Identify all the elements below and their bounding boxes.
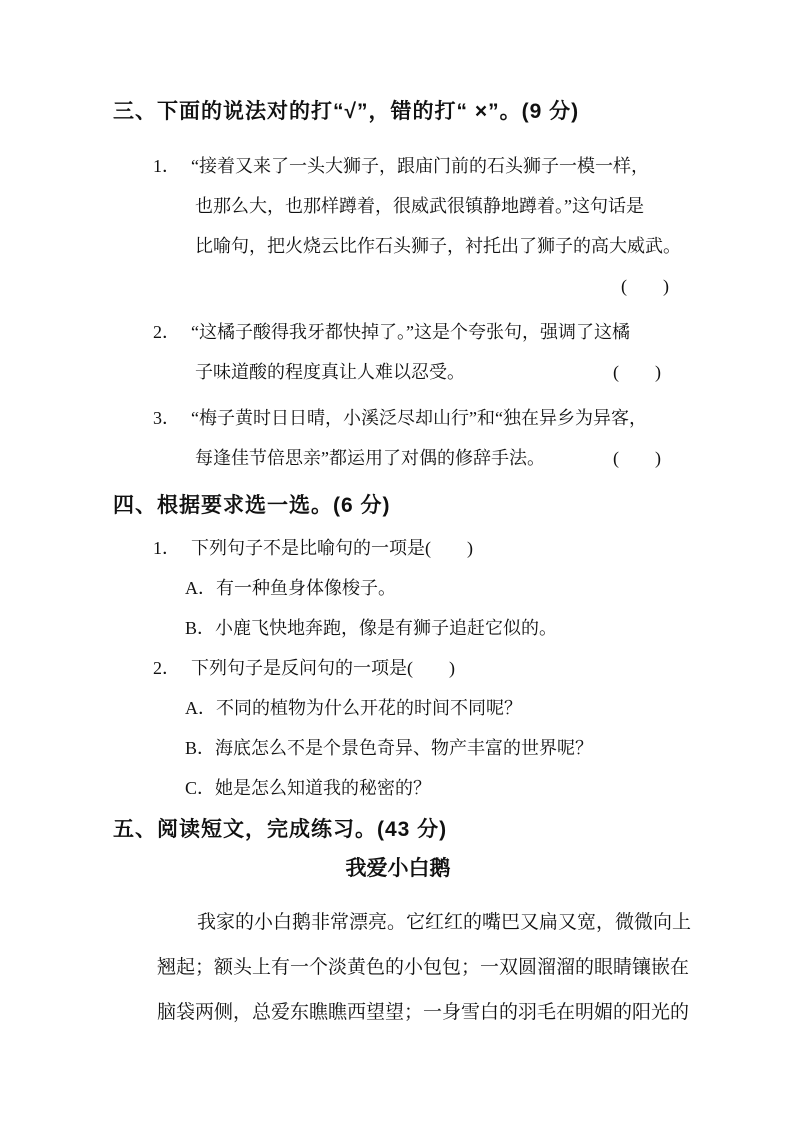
choice-question-2-stem-text: 下列句子是反问句的一项是( ): [191, 658, 455, 678]
judge-item-3-line-1: 3．“梅子黄时日日晴，小溪泛尽却山行”和“独在异乡为异客，: [153, 398, 683, 438]
judge-item-3-number: 3．: [153, 398, 191, 438]
choice-question-1-option-a: A．有一种鱼身体像梭子。: [185, 568, 683, 608]
passage-line-3: 脑袋两侧，总爱东瞧瞧西望望；一身雪白的羽毛在明媚的阳光的: [157, 990, 683, 1035]
judge-item-1-answer-blank: ( ): [113, 266, 683, 306]
judge-item-3-text-2: 每逢佳节倍思亲”都运用了对偶的修辞手法。: [195, 438, 545, 478]
option-b-text: 海底怎么不是个景色奇异、物产丰富的世界呢？: [215, 738, 593, 758]
option-a-text: 不同的植物为什么开花的时间不同呢？: [216, 698, 522, 718]
judge-item-3-answer-blank: ( ): [613, 438, 661, 478]
passage-line-2: 翘起；额头上有一个淡黄色的小包包；一双圆溜溜的眼睛镶嵌在: [157, 945, 683, 990]
option-a-text: 有一种鱼身体像梭子。: [216, 578, 396, 598]
choice-question-2-option-c: C．她是怎么知道我的秘密的？: [185, 768, 683, 808]
option-c-text: 她是怎么知道我的秘密的？: [215, 778, 431, 798]
judge-item-1-number: 1．: [153, 146, 191, 186]
option-c-label: C．: [185, 768, 215, 808]
judge-item-2-text-1: “这橘子酸得我牙都快掉了。”这是个夸张句，强调了这橘: [191, 322, 630, 342]
judge-item-2-text-2: 子味道酸的程度真让人难以忍受。: [195, 352, 465, 392]
choice-question-2-option-a: A．不同的植物为什么开花的时间不同呢？: [185, 688, 683, 728]
judge-item-2-line-1: 2．“这橘子酸得我牙都快掉了。”这是个夸张句，强调了这橘: [153, 312, 683, 352]
choice-question-1-stem: 1．下列句子不是比喻句的一项是( ): [153, 528, 683, 568]
choice-question-2-stem: 2．下列句子是反问句的一项是( ): [153, 648, 683, 688]
judge-item-3-text-1: “梅子黄时日日晴，小溪泛尽却山行”和“独在异乡为异客，: [191, 408, 647, 428]
option-a-label: A．: [185, 688, 216, 728]
judge-item-2-line-2: 子味道酸的程度真让人难以忍受。 ( ): [195, 352, 683, 392]
judge-item-1-line-1: 1．“接着又来了一头大狮子，跟庙门前的石头狮子一模一样，: [153, 146, 683, 186]
judge-item-2-answer-blank: ( ): [613, 352, 661, 392]
choice-question-1-stem-text: 下列句子不是比喻句的一项是( ): [191, 538, 473, 558]
choice-question-1-option-b: B．小鹿飞快地奔跑，像是有狮子追赶它似的。: [185, 608, 683, 648]
option-b-text: 小鹿飞快地奔跑，像是有狮子追赶它似的。: [215, 618, 557, 638]
choice-question-2-number: 2．: [153, 648, 191, 688]
choice-question-2-option-b: B．海底怎么不是个景色奇异、物产丰富的世界呢？: [185, 728, 683, 768]
page-content: 三、下面的说法对的打“√”，错的打“ ×”。(9 分) 1．“接着又来了一头大狮…: [113, 98, 683, 1035]
option-b-label: B．: [185, 728, 215, 768]
judge-item-1-line-3: 比喻句，把火烧云比作石头狮子，衬托出了狮子的高大威武。: [195, 226, 683, 266]
passage-line-1: 我家的小白鹅非常漂亮。它红红的嘴巴又扁又宽，微微向上: [197, 900, 683, 945]
judge-item-3-line-2: 每逢佳节倍思亲”都运用了对偶的修辞手法。 ( ): [195, 438, 683, 478]
section3-heading: 三、下面的说法对的打“√”，错的打“ ×”。(9 分): [113, 98, 683, 126]
option-a-label: A．: [185, 568, 216, 608]
judge-item-1-line-2: 也那么大，也那样蹲着，很威武很镇静地蹲着。”这句话是: [195, 186, 683, 226]
judge-item-1-text-1: “接着又来了一头大狮子，跟庙门前的石头狮子一模一样，: [191, 156, 649, 176]
option-b-label: B．: [185, 608, 215, 648]
section4-heading: 四、根据要求选一选。(6 分): [113, 492, 683, 520]
test-paper-page: 三、下面的说法对的打“√”，错的打“ ×”。(9 分) 1．“接着又来了一头大狮…: [0, 0, 793, 1122]
choice-question-1-number: 1．: [153, 528, 191, 568]
section5-heading: 五、阅读短文，完成练习。(43 分): [113, 816, 683, 844]
judge-item-2-number: 2．: [153, 312, 191, 352]
passage-title: 我爱小白鹅: [113, 852, 683, 886]
